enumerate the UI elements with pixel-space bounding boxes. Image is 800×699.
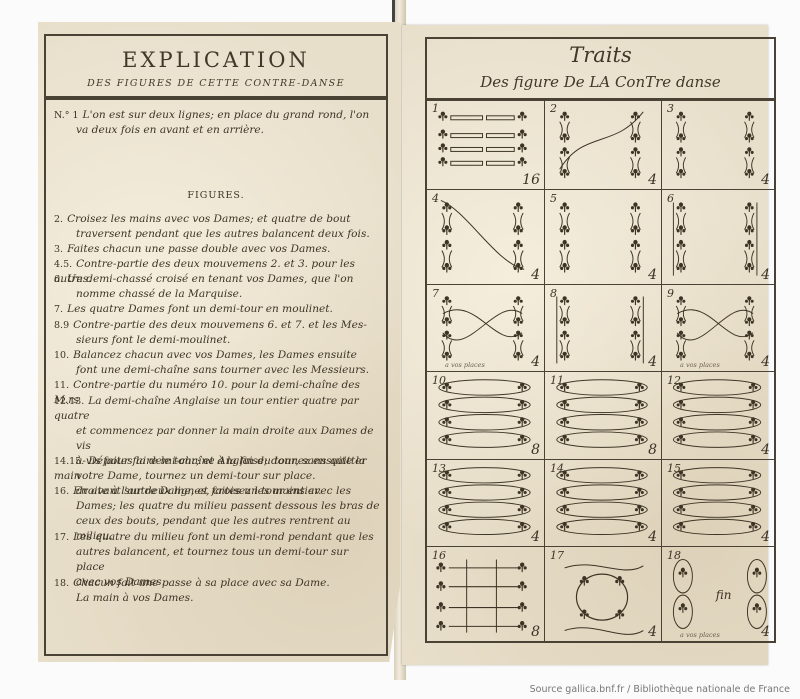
entry-text: Chacun fait une passe à sa place avec sa… xyxy=(73,577,330,589)
dance-diagram-icon xyxy=(427,190,544,284)
figure-cell-11: 118 xyxy=(545,372,662,460)
entry-text: Les quatre du milieu font un demi-rond p… xyxy=(73,531,374,543)
figure-number: 18 xyxy=(667,549,681,562)
entry-text: traversent pendant que les autres balanc… xyxy=(76,228,370,240)
figure-cell-18: 184a vos placesfin xyxy=(662,547,774,641)
figure-cell-3: 34 xyxy=(662,100,774,190)
figure-note: a vos places xyxy=(680,631,720,639)
figure-number: 8 xyxy=(550,287,557,300)
entry-number: 4.5. xyxy=(54,257,72,272)
entry-text: Les quatre Dames font un demi-tour en mo… xyxy=(67,303,333,315)
page-subtitle: DES FIGURES DE CETTE CONTRE-DANSE xyxy=(46,78,386,89)
figure-number: 7 xyxy=(432,287,439,300)
figure-number: 2 xyxy=(550,102,557,115)
bar-count: 4 xyxy=(648,267,657,283)
figure-cell-2: 24 xyxy=(545,100,662,190)
figure-note: a vos places xyxy=(445,361,485,369)
figure-cell-17: 174 xyxy=(545,547,662,641)
figure-cell-10: 108 xyxy=(427,372,545,460)
entry-number: 14.15. xyxy=(54,454,84,469)
title-box: Traits Des figure De LA ConTre danse xyxy=(425,37,776,101)
explication-entry: 6.Un demi-chassé croisé en tenant vos Da… xyxy=(54,272,380,302)
entry-number: N.° 1 xyxy=(54,108,79,123)
dance-diagram-icon xyxy=(545,285,661,371)
title-box: EXPLICATION DES FIGURES DE CETTE CONTRE-… xyxy=(44,34,388,98)
entry-text: Dames; les quatre du milieu passent dess… xyxy=(76,500,380,512)
figure-number: 6 xyxy=(667,192,674,205)
entry-text: autres balancent, et tournez tous un dem… xyxy=(76,546,348,573)
figure-number: 17 xyxy=(550,549,564,562)
explication-body: N.° 1L'on est sur deux lignes; en place … xyxy=(44,98,388,656)
entry-text: Croisez les mains avec vos Dames; et qua… xyxy=(67,213,350,225)
figure-number: 13 xyxy=(432,462,446,475)
figure-cell-9: 94a vos places xyxy=(662,285,774,372)
figure-number: 14 xyxy=(550,462,564,475)
entry-number: 11. xyxy=(54,378,69,393)
explication-entry: 8.9Contre-partie des deux mouvemens 6. e… xyxy=(54,318,380,348)
figure-cell-13: 134 xyxy=(427,460,545,547)
figures-heading: FIGURES. xyxy=(46,190,386,201)
bar-count: 4 xyxy=(761,529,770,545)
entry-text: En avant sur deux lignes, croisez les ma… xyxy=(73,485,351,497)
figure-number: 4 xyxy=(432,192,439,205)
explication-entry: N.° 1L'on est sur deux lignes; en place … xyxy=(54,108,380,138)
figure-number: 11 xyxy=(550,374,564,387)
figure-cell-15: 154 xyxy=(662,460,774,547)
bar-count: 4 xyxy=(648,354,657,370)
bar-count: 4 xyxy=(531,267,540,283)
bar-count: 4 xyxy=(761,354,770,370)
entry-text: La main à vos Dames. xyxy=(76,592,193,604)
figure-cell-6: 64 xyxy=(662,190,774,285)
right-page: Traits Des figure De LA ConTre danse 116… xyxy=(402,25,768,665)
entry-text: La demi-chaîne Anglaise un tour entier q… xyxy=(54,395,359,422)
dance-diagram-icon xyxy=(662,190,774,284)
bar-count: 4 xyxy=(648,624,657,640)
figure-cell-5: 54 xyxy=(545,190,662,285)
entry-number: 18. xyxy=(54,576,69,591)
bar-count: 16 xyxy=(522,172,540,188)
entry-number: 17. xyxy=(54,530,69,545)
bar-count: 8 xyxy=(531,442,540,458)
dance-diagram-icon xyxy=(427,285,544,371)
figure-cell-16: 168 xyxy=(427,547,545,641)
entry-number: 12.13. xyxy=(54,394,84,409)
figure-number: 16 xyxy=(432,549,446,562)
entry-text: Faites chacun une passe double avec vos … xyxy=(67,243,330,255)
entry-text: Un demi-chassé croisé en tenant vos Dame… xyxy=(67,273,353,285)
figure-cell-8: 84 xyxy=(545,285,662,372)
bar-count: 4 xyxy=(761,267,770,283)
bar-count: 4 xyxy=(531,354,540,370)
figure-number: 1 xyxy=(432,102,439,115)
entry-text: Défaites la demi-chaîne Anglaise; donnez… xyxy=(54,455,365,482)
dance-diagram-icon xyxy=(662,100,774,189)
entry-number: 8.9 xyxy=(54,318,69,333)
bar-count: 8 xyxy=(648,442,657,458)
explication-entry: 3.Faites chacun une passe double avec vo… xyxy=(54,242,380,257)
explication-entry: 2.Croisez les mains avec vos Dames; et q… xyxy=(54,212,380,242)
figure-cell-4: 44 xyxy=(427,190,545,285)
bar-count: 4 xyxy=(531,529,540,545)
bar-count: 4 xyxy=(648,172,657,188)
entry-number: 6. xyxy=(54,272,63,287)
figure-cell-7: 74a vos places xyxy=(427,285,545,372)
entry-number: 2. xyxy=(54,212,63,227)
bar-count: 4 xyxy=(761,442,770,458)
figure-cell-12: 124 xyxy=(662,372,774,460)
entry-number: 10. xyxy=(54,348,69,363)
entry-text: font une demi-chaîne sans tourner avec l… xyxy=(76,364,369,376)
entry-text: nomme chassé de la Marquise. xyxy=(76,288,242,300)
figure-number: 3 xyxy=(667,102,674,115)
entry-text: va deux fois en avant et en arrière. xyxy=(76,124,264,136)
entry-number: 7. xyxy=(54,302,63,317)
bar-count: 4 xyxy=(761,172,770,188)
dance-diagram-icon xyxy=(662,285,774,371)
left-page: EXPLICATION DES FIGURES DE CETTE CONTRE-… xyxy=(38,22,400,662)
source-credit: Source gallica.bnf.fr / Bibliothèque nat… xyxy=(530,684,790,695)
entry-text: Balancez chacun avec vos Dames, les Dame… xyxy=(73,349,357,361)
figure-number: 15 xyxy=(667,462,681,475)
explication-entry: 18.Chacun fait une passe à sa place avec… xyxy=(54,576,380,606)
fin-label: fin xyxy=(716,588,732,602)
bar-count: 4 xyxy=(761,624,770,640)
entry-text: L'on est sur deux lignes; en place du gr… xyxy=(83,109,370,121)
dance-figure-grid: 116243444546474a vos places8494a vos pla… xyxy=(425,98,776,643)
page-subtitle: Des figure De LA ConTre danse xyxy=(427,73,774,91)
figure-number: 5 xyxy=(550,192,557,205)
explication-entry: 7.Les quatre Dames font un demi-tour en … xyxy=(54,302,380,317)
dance-diagram-icon xyxy=(545,100,661,189)
figure-number: 12 xyxy=(667,374,681,387)
bar-count: 8 xyxy=(531,624,540,640)
entry-text: Contre-partie des deux mouvemens 6. et 7… xyxy=(73,319,367,331)
page-title: Traits xyxy=(427,43,774,67)
bar-count: 4 xyxy=(648,529,657,545)
figure-number: 9 xyxy=(667,287,674,300)
entry-number: 3. xyxy=(54,242,63,257)
explication-entry: 10.Balancez chacun avec vos Dames, les D… xyxy=(54,348,380,378)
entry-number: 16. xyxy=(54,484,69,499)
figure-cell-1: 116 xyxy=(427,100,545,190)
figure-note: a vos places xyxy=(680,361,720,369)
page-title: EXPLICATION xyxy=(46,48,386,72)
figure-number: 10 xyxy=(432,374,446,387)
entry-text: et commencez par donner la main droite a… xyxy=(76,425,374,452)
entry-text: sieurs font le demi-moulinet. xyxy=(76,334,230,346)
figure-cell-14: 144 xyxy=(545,460,662,547)
dance-diagram-icon xyxy=(545,190,661,284)
